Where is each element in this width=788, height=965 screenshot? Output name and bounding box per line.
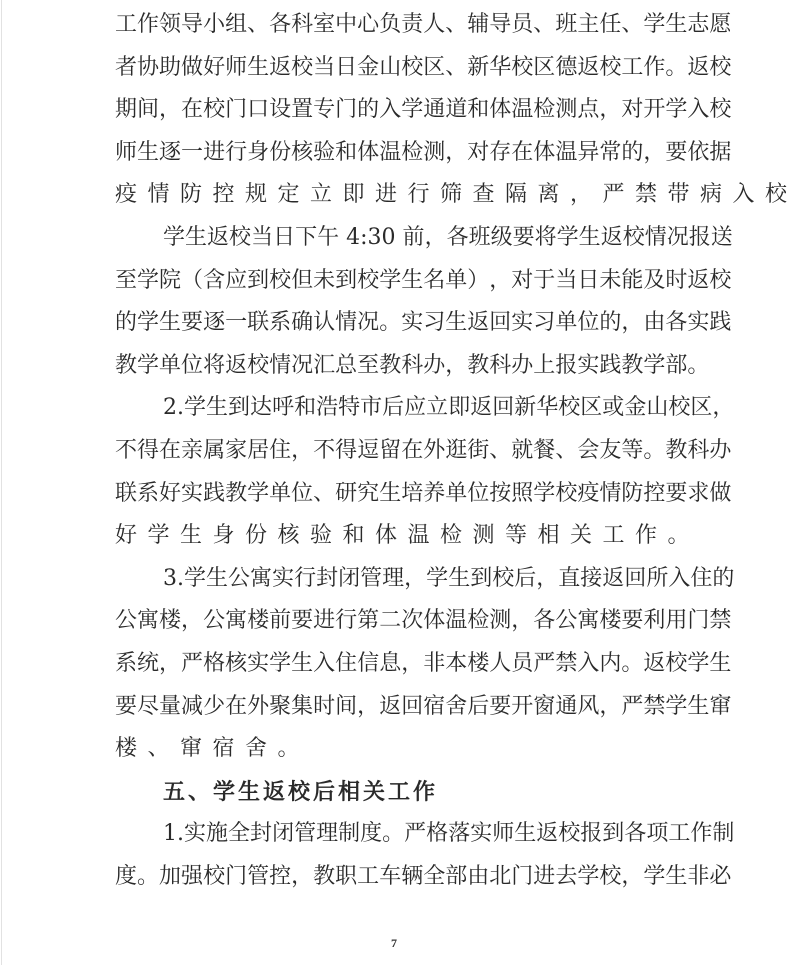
text-line: 教学单位将返校情况汇总至教科办，教科办上报实践教学部。: [115, 351, 667, 381]
section-heading: 五、学生返校后相关工作: [163, 777, 667, 807]
paragraph-start-line: 1.实施全封闭管理制度。严格落实师生返校报到各项工作制: [163, 819, 667, 849]
paragraph-start-line: 学生返校当日下午 4:30 前，各班级要将学生返校情况报送: [163, 223, 667, 253]
paragraph-start-line: 2.学生到达呼和浩特市后应立即返回新华校区或金山校区，: [163, 393, 667, 423]
paragraph-start-line: 3.学生公寓实行封闭管理，学生到校后，直接返回所入住的: [163, 564, 667, 594]
text-line: 好学生身份核验和体温检测等相关工作。: [115, 521, 667, 551]
text-line: 要尽量减少在外聚集时间，返回宿舍后要开窗通风，严禁学生窜: [115, 692, 667, 722]
text-line: 楼、窜宿舍。: [115, 734, 667, 764]
text-line: 师生逐一进行身份核验和体温检测，对存在体温异常的，要依据: [115, 138, 667, 168]
text-line: 公寓楼，公寓楼前要进行第二次体温检测，各公寓楼要利用门禁: [115, 606, 667, 636]
text-line: 至学院（含应到校但未到校学生名单），对于当日未能及时返校: [115, 266, 667, 296]
text-line: 疫情防控规定立即进行筛查隔离，严禁带病入校。: [115, 180, 667, 210]
text-line: 工作领导小组、各科室中心负责人、辅导员、班主任、学生志愿: [115, 10, 667, 40]
text-line: 不得在亲属家居住，不得逗留在外逛街、就餐、会友等。教科办: [115, 436, 667, 466]
page-number: 7: [388, 936, 400, 951]
text-line: 者协助做好师生返校当日金山校区、新华校区德返校工作。返校: [115, 53, 667, 83]
text-line: 联系好实践教学单位、研究生培养单位按照学校疫情防控要求做: [115, 479, 667, 509]
text-line: 的学生要逐一联系确认情况。实习生返回实习单位的，由各实践: [115, 308, 667, 338]
text-line: 系统，严格核实学生入住信息，非本楼人员严禁入内。返校学生: [115, 649, 667, 679]
page-edge: [1, 0, 2, 965]
text-line: 度。加强校门管控，教职工车辆全部由北门进去学校，学生非必: [115, 862, 667, 892]
text-line: 期间，在校门口设置专门的入学通道和体温检测点，对开学入校: [115, 95, 667, 125]
